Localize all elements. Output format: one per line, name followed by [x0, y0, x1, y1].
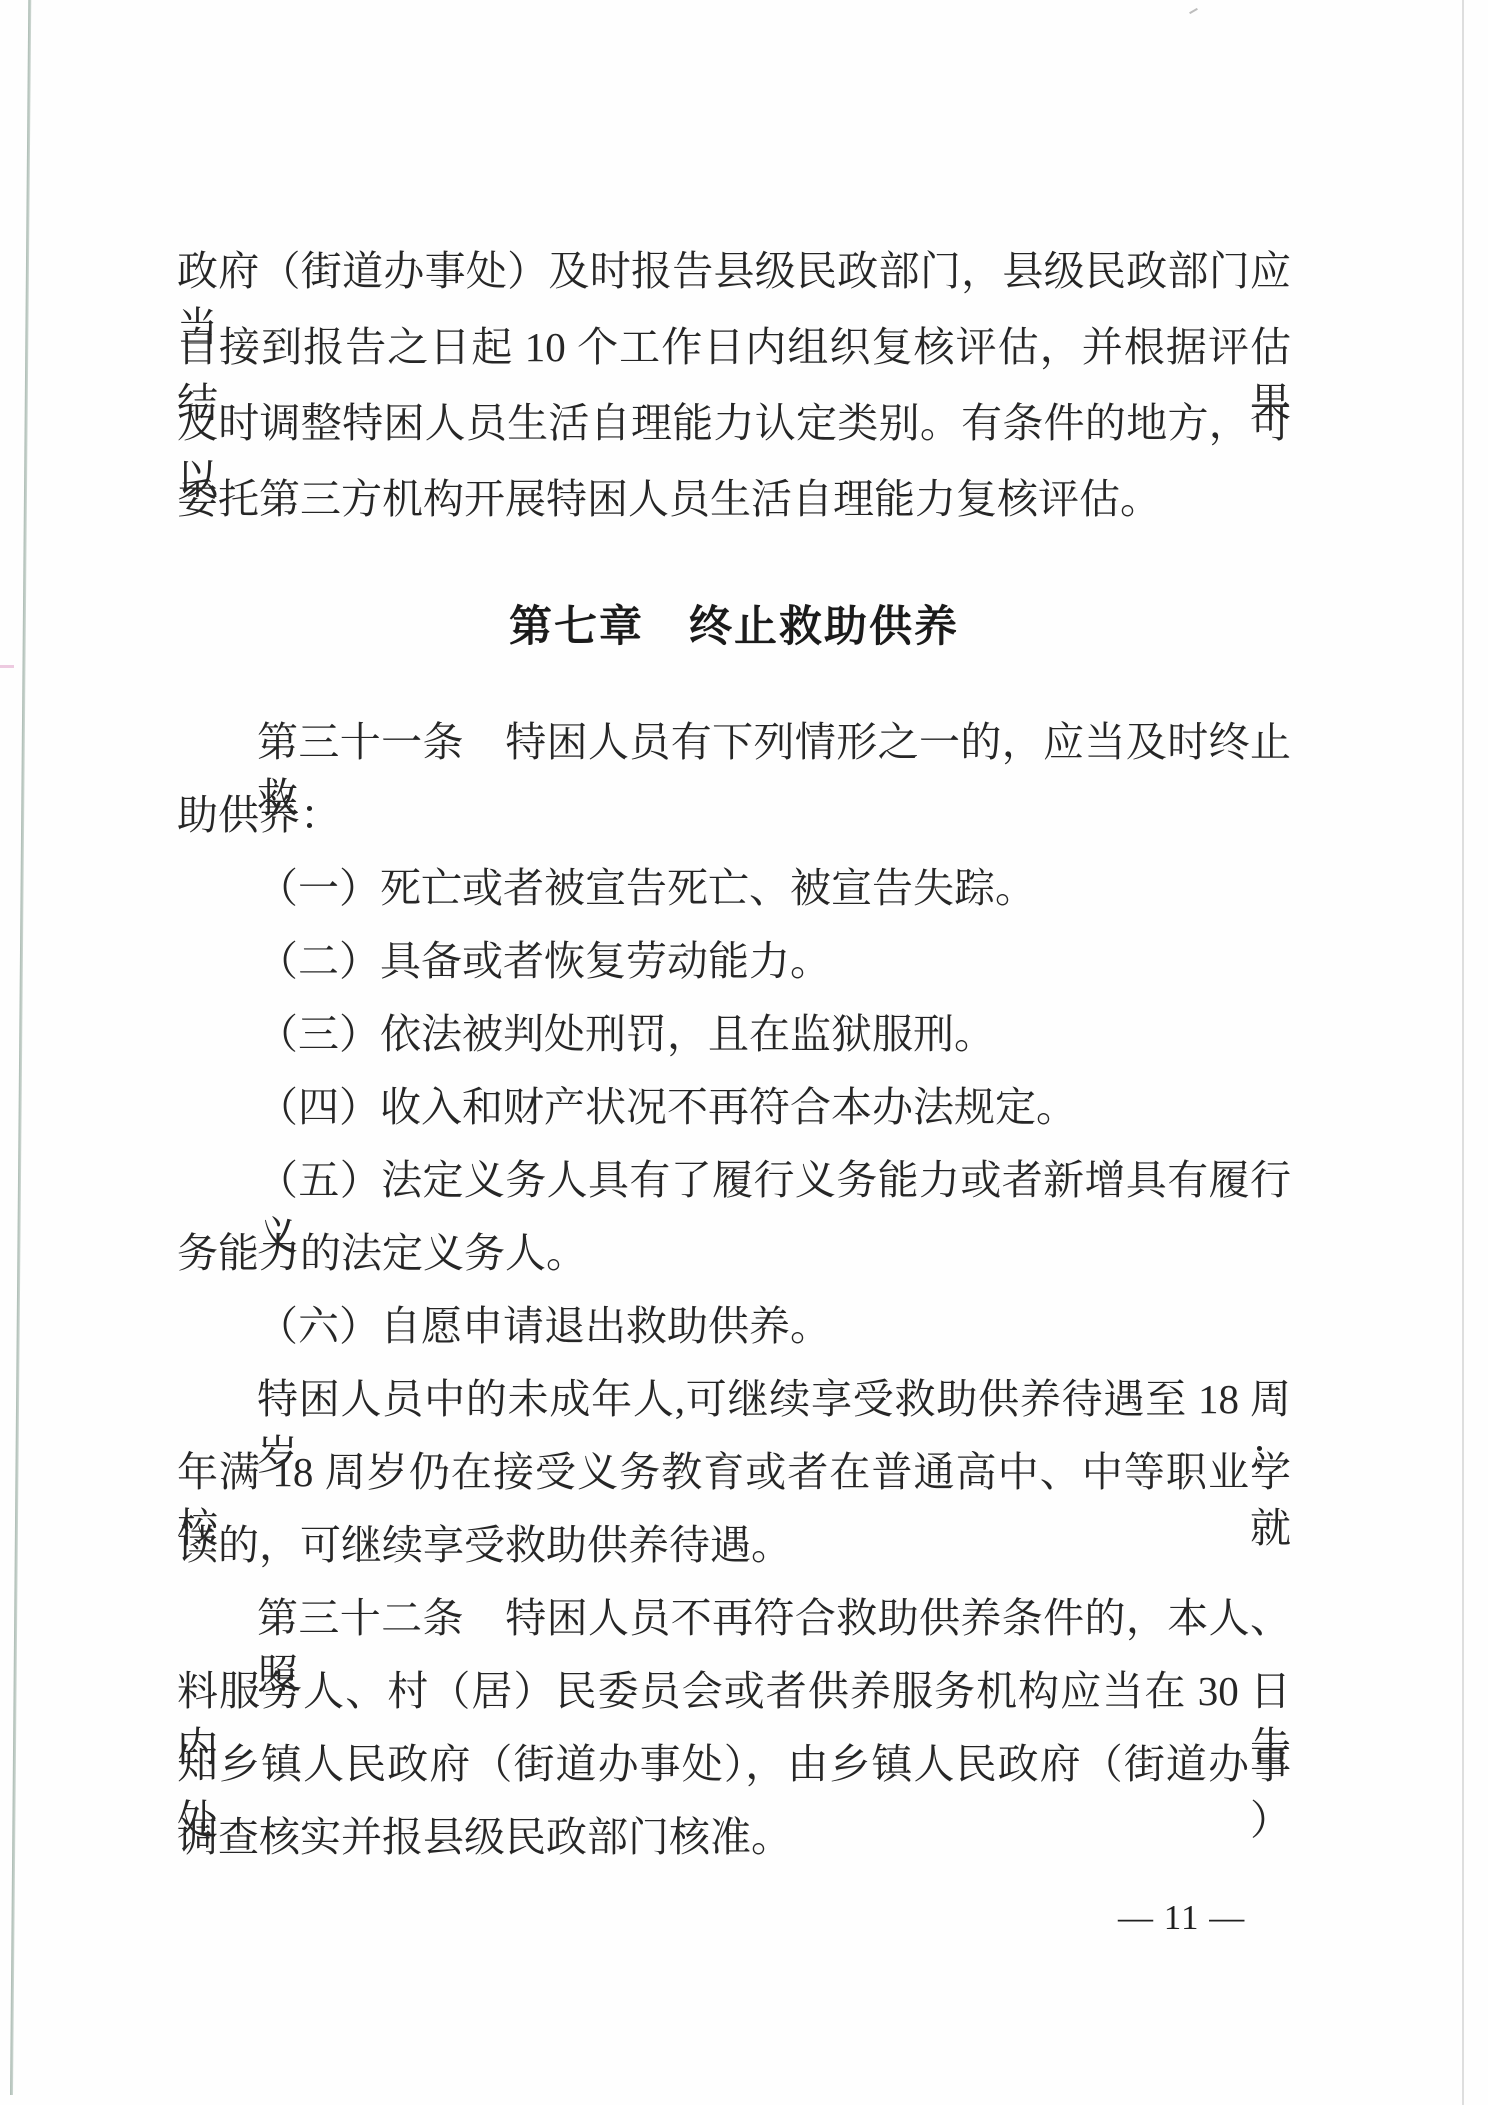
article-32-line-3: 知乡镇人民政府（街道办事处），由乡镇人民政府（街道办事处） — [177, 1736, 1291, 1792]
chapter-heading: 第七章 终止救助供养 — [177, 595, 1291, 659]
article-31-line-1: 第三十一条 特困人员有下列情形之一的，应当及时终止救 — [177, 714, 1291, 770]
scan-artifact-pink-tick — [0, 665, 14, 668]
minor-clause-line-3: 读的，可继续享受救助供养待遇。 — [177, 1517, 1291, 1573]
scanned-document-page: 政府（街道办事处）及时报告县级民政部门，县级民政部门应当 自接到报告之日起 10… — [0, 0, 1488, 2105]
item-6-line: （六）自愿申请退出救助供养。 — [177, 1298, 1291, 1354]
item-1-line: （一）死亡或者被宣告死亡、被宣告失踪。 — [177, 860, 1291, 916]
minor-clause-line-1: 特困人员中的未成年人,可继续享受救助供养待遇至 18 周岁； — [177, 1371, 1291, 1427]
intro-line-2: 自接到报告之日起 10 个工作日内组织复核评估，并根据评估结果 — [177, 319, 1291, 375]
intro-line-4: 委托第三方机构开展特困人员生活自理能力复核评估。 — [177, 471, 1291, 527]
item-3-line: （三）依法被判处刑罚，且在监狱服刑。 — [177, 1006, 1291, 1062]
article-32-line-4: 调查核实并报县级民政部门核准。 — [177, 1809, 1291, 1865]
article-32-line-2: 料服务人、村（居）民委员会或者供养服务机构应当在 30 日内告 — [177, 1663, 1291, 1719]
intro-line-3: 及时调整特困人员生活自理能力认定类别。有条件的地方，可以 — [177, 395, 1291, 451]
page-number: — 11 — — [1118, 1896, 1318, 1940]
item-4-line: （四）收入和财产状况不再符合本办法规定。 — [177, 1079, 1291, 1135]
scan-edge-line-left — [10, 0, 31, 2095]
article-31-line-2: 助供养： — [177, 787, 1291, 843]
intro-line-1: 政府（街道办事处）及时报告县级民政部门，县级民政部门应当 — [177, 243, 1291, 299]
article-32-line-1: 第三十二条 特困人员不再符合救助供养条件的，本人、照 — [177, 1590, 1291, 1646]
item-5-line-1: （五）法定义务人具有了履行义务能力或者新增具有履行义 — [177, 1152, 1291, 1208]
scan-edge-line-right — [1462, 0, 1464, 2105]
item-5-line-2: 务能力的法定义务人。 — [177, 1225, 1291, 1281]
item-2-line: （二）具备或者恢复劳动能力。 — [177, 933, 1291, 989]
page-content: 政府（街道办事处）及时报告县级民政部门，县级民政部门应当 自接到报告之日起 10… — [177, 0, 1291, 2105]
minor-clause-line-2: 年满 18 周岁仍在接受义务教育或者在普通高中、中等职业学校就 — [177, 1444, 1291, 1500]
